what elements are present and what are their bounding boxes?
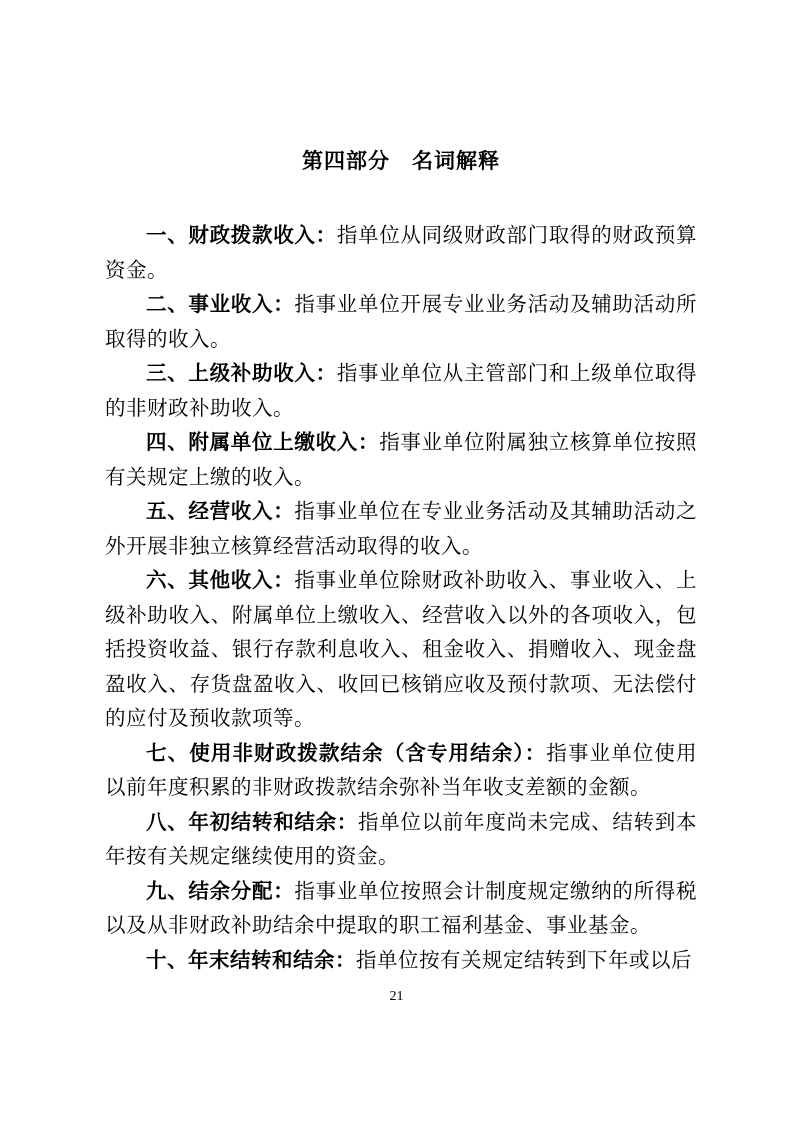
term-label: 六、其他收入： — [146, 569, 294, 592]
page-title: 第四部分 名词解释 — [105, 148, 697, 175]
term-label: 一、财政拨款收入： — [146, 224, 337, 247]
term-definition: 指事业单位除财政补助收入、事业收入、上级补助收入、附属单位上缴收入、经营收入以外… — [105, 570, 697, 730]
document-content: 第四部分 名词解释 一、财政拨款收入：指单位从同级财政部门取得的财政预算资金。 … — [105, 148, 697, 978]
term-label: 四、附属单位上缴收入： — [146, 431, 379, 454]
page-number: 21 — [0, 988, 793, 1006]
glossary-paragraph: 七、使用非财政拨款结余（含专用结余）：指事业单位使用以前年度积累的非财政拨款结余… — [105, 737, 697, 806]
glossary-paragraph: 十、年末结转和结余：指单位按有关规定结转到下年或以后 — [105, 944, 697, 979]
document-page: 第四部分 名词解释 一、财政拨款收入：指单位从同级财政部门取得的财政预算资金。 … — [0, 0, 793, 1122]
glossary-paragraph: 一、财政拨款收入：指单位从同级财政部门取得的财政预算资金。 — [105, 219, 697, 288]
glossary-paragraph: 三、上级补助收入：指事业单位从主管部门和上级单位取得的非财政补助收入。 — [105, 357, 697, 426]
term-definition: 指单位按有关规定结转到下年或以后 — [356, 950, 692, 972]
term-label: 七、使用非财政拨款结余（含专用结余）： — [146, 742, 546, 765]
term-label: 八、年初结转和结余： — [146, 811, 358, 834]
term-label: 三、上级补助收入： — [146, 362, 337, 385]
glossary-paragraph: 四、附属单位上缴收入：指事业单位附属独立核算单位按照有关规定上缴的收入。 — [105, 426, 697, 495]
glossary-paragraph: 五、经营收入：指事业单位在专业业务活动及其辅助活动之外开展非独立核算经营活动取得… — [105, 495, 697, 564]
term-label: 九、结余分配： — [146, 880, 294, 903]
glossary-paragraph: 九、结余分配：指事业单位按照会计制度规定缴纳的所得税以及从非财政补助结余中提取的… — [105, 875, 697, 944]
glossary-paragraph: 八、年初结转和结余：指单位以前年度尚未完成、结转到本年按有关规定继续使用的资金。 — [105, 806, 697, 875]
glossary-paragraph: 六、其他收入：指事业单位除财政补助收入、事业收入、上级补助收入、附属单位上缴收入… — [105, 564, 697, 737]
term-label: 五、经营收入： — [146, 500, 294, 523]
term-label: 二、事业收入： — [146, 293, 294, 316]
glossary-paragraph: 二、事业收入：指事业单位开展专业业务活动及辅助活动所取得的收入。 — [105, 288, 697, 357]
term-label: 十、年末结转和结余： — [146, 949, 356, 972]
